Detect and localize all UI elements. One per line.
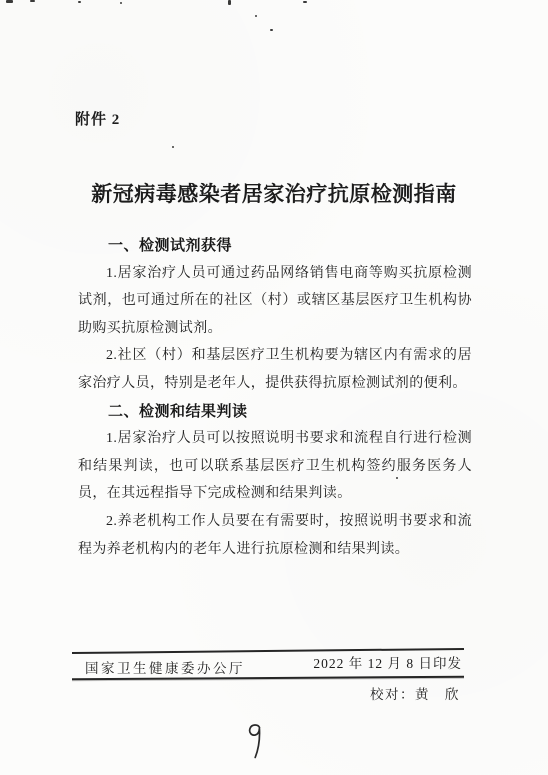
document-body: 一、检测试剂获得 1.居家治疗人员可通过药品网络销售电商等购买抗原检测试剂，也可… [78,232,472,563]
footer-print-date: 2022 年 12 月 8 日印发 [313,652,462,672]
handwritten-page-number [245,722,265,760]
scan-speck [228,0,231,5]
body-paragraph: 2.养老机构工作人员要在有需要时，按照说明书要求和流程为养老机构内的老年人进行抗… [78,508,472,563]
body-paragraph: 2.社区（村）和基层医疗卫生机构要为辖区内有需求的居家治疗人员，特别是老年人，提… [78,342,472,397]
scan-speck [270,29,273,31]
scan-speck [172,146,174,148]
scanned-document-page: 附件 2 新冠病毒感染者居家治疗抗原检测指南 一、检测试剂获得 1.居家治疗人员… [0,0,548,775]
body-paragraph: 1.居家治疗人员可以按照说明书要求和流程自行进行检测和结果判读，也可以联系基层医… [78,425,472,508]
scan-speck [30,0,35,2]
footer-proofreader: 校对：黄 欣 [370,683,460,703]
footer-issuer: 国家卫生健康委办公厅 [85,657,245,677]
scan-speck [303,1,307,3]
body-paragraph: 1.居家治疗人员可通过药品网络销售电商等购买抗原检测试剂，也可通过所在的社区（村… [78,260,472,343]
scan-speck [120,2,122,4]
attachment-label: 附件 2 [75,108,120,129]
scan-speck [255,15,257,17]
scan-speck [6,0,13,3]
document-title: 新冠病毒感染者居家治疗抗原检测指南 [0,178,548,208]
scan-speck [78,1,81,3]
section-heading-2: 二、检测和结果判读 [78,398,472,426]
section-heading-1: 一、检测试剂获得 [78,232,472,260]
